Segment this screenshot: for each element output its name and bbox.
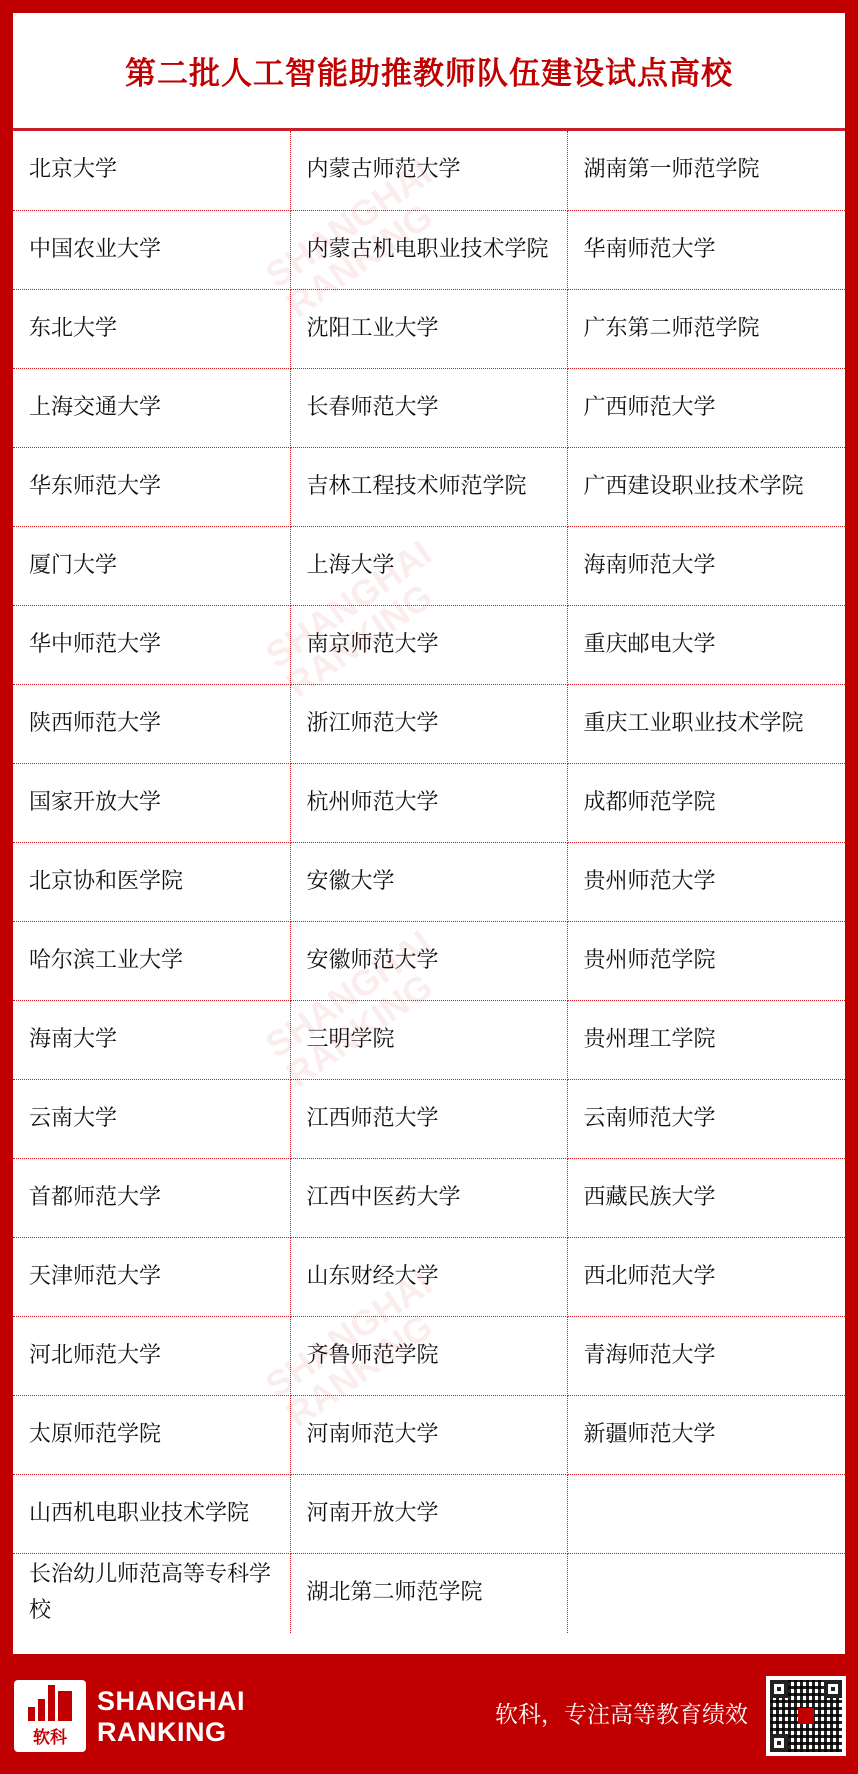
university-cell: 沈阳工业大学 [290,289,567,368]
table-row: 东北大学沈阳工业大学广东第二师范学院 [13,289,845,368]
university-cell: 河南师范大学 [290,1395,567,1474]
university-cell: 国家开放大学 [13,763,290,842]
brand-name: SHANGHAI RANKING [97,1686,245,1748]
table-row: 北京协和医学院安徽大学贵州师范大学 [13,842,845,921]
university-cell: 安徽大学 [290,842,567,921]
university-cell: 广西师范大学 [567,368,845,447]
university-cell: 吉林工程技术师范学院 [290,447,567,526]
qr-code-icon [766,1676,846,1756]
table-row: 云南大学江西师范大学云南师范大学 [13,1079,845,1158]
university-cell: 江西中医药大学 [290,1158,567,1237]
university-cell: 长治幼儿师范高等专科学校 [13,1553,290,1633]
table-row: 北京大学内蒙古师范大学湖南第一师范学院 [13,131,845,210]
footer: 软科 SHANGHAI RANKING 软科，专注高等教育绩效 [0,1654,858,1774]
university-cell: 江西师范大学 [290,1079,567,1158]
university-cell: 首都师范大学 [13,1158,290,1237]
table-row: 国家开放大学杭州师范大学成都师范学院 [13,763,845,842]
university-cell: 贵州师范大学 [567,842,845,921]
table-row: 华中师范大学南京师范大学重庆邮电大学 [13,605,845,684]
university-cell: 海南大学 [13,1000,290,1079]
logo-cn-text: 软科 [33,1723,67,1748]
university-cell: 华南师范大学 [567,210,845,289]
university-cell: 湖南第一师范学院 [567,131,845,210]
university-cell: 齐鲁师范学院 [290,1316,567,1395]
table-row: 太原师范学院河南师范大学新疆师范大学 [13,1395,845,1474]
universities-table: 北京大学内蒙古师范大学湖南第一师范学院中国农业大学内蒙古机电职业技术学院华南师范… [13,131,845,1633]
table-row: 中国农业大学内蒙古机电职业技术学院华南师范大学 [13,210,845,289]
university-cell: 广西建设职业技术学院 [567,447,845,526]
document-card: 第二批人工智能助推教师队伍建设试点高校 北京大学内蒙古师范大学湖南第一师范学院中… [13,13,845,1654]
university-cell: 内蒙古师范大学 [290,131,567,210]
university-cell: 山东财经大学 [290,1237,567,1316]
table-row: 长治幼儿师范高等专科学校湖北第二师范学院 [13,1553,845,1633]
university-cell: 新疆师范大学 [567,1395,845,1474]
university-cell: 重庆邮电大学 [567,605,845,684]
table-row: 河北师范大学齐鲁师范学院青海师范大学 [13,1316,845,1395]
university-cell: 云南大学 [13,1079,290,1158]
university-cell: 哈尔滨工业大学 [13,921,290,1000]
table-row: 首都师范大学江西中医药大学西藏民族大学 [13,1158,845,1237]
university-cell: 上海大学 [290,526,567,605]
table-row: 哈尔滨工业大学安徽师范大学贵州师范学院 [13,921,845,1000]
title-bar: 第二批人工智能助推教师队伍建设试点高校 [13,13,845,131]
university-cell: 三明学院 [290,1000,567,1079]
university-cell: 南京师范大学 [290,605,567,684]
university-cell: 太原师范学院 [13,1395,290,1474]
university-cell: 湖北第二师范学院 [290,1553,567,1633]
table-row: 华东师范大学吉林工程技术师范学院广西建设职业技术学院 [13,447,845,526]
university-cell: 河南开放大学 [290,1474,567,1553]
university-cell: 天津师范大学 [13,1237,290,1316]
university-cell: 西北师范大学 [567,1237,845,1316]
university-cell: 贵州师范学院 [567,921,845,1000]
university-cell: 安徽师范大学 [290,921,567,1000]
table-row: 上海交通大学长春师范大学广西师范大学 [13,368,845,447]
university-cell: 长春师范大学 [290,368,567,447]
university-cell: 北京协和医学院 [13,842,290,921]
university-cell: 华中师范大学 [13,605,290,684]
page-title: 第二批人工智能助推教师队伍建设试点高校 [125,48,733,93]
university-cell: 贵州理工学院 [567,1000,845,1079]
university-cell: 东北大学 [13,289,290,368]
university-cell [567,1553,845,1633]
university-cell: 河北师范大学 [13,1316,290,1395]
university-cell: 成都师范学院 [567,763,845,842]
table-row: 海南大学三明学院贵州理工学院 [13,1000,845,1079]
shanghai-ranking-logo-icon: 软科 [14,1680,86,1752]
university-cell: 西藏民族大学 [567,1158,845,1237]
university-cell: 上海交通大学 [13,368,290,447]
university-cell: 重庆工业职业技术学院 [567,684,845,763]
university-cell: 广东第二师范学院 [567,289,845,368]
university-cell: 内蒙古机电职业技术学院 [290,210,567,289]
university-cell: 青海师范大学 [567,1316,845,1395]
university-cell [567,1474,845,1553]
university-cell: 陕西师范大学 [13,684,290,763]
university-cell: 云南师范大学 [567,1079,845,1158]
university-cell: 山西机电职业技术学院 [13,1474,290,1553]
university-cell: 华东师范大学 [13,447,290,526]
university-cell: 北京大学 [13,131,290,210]
university-cell: 杭州师范大学 [290,763,567,842]
table-row: 山西机电职业技术学院河南开放大学 [13,1474,845,1553]
table-row: 天津师范大学山东财经大学西北师范大学 [13,1237,845,1316]
slogan: 软科，专注高等教育绩效 [495,1696,748,1729]
university-cell: 中国农业大学 [13,210,290,289]
university-cell: 海南师范大学 [567,526,845,605]
table-row: 陕西师范大学浙江师范大学重庆工业职业技术学院 [13,684,845,763]
university-cell: 浙江师范大学 [290,684,567,763]
university-cell: 厦门大学 [13,526,290,605]
table-row: 厦门大学上海大学海南师范大学 [13,526,845,605]
